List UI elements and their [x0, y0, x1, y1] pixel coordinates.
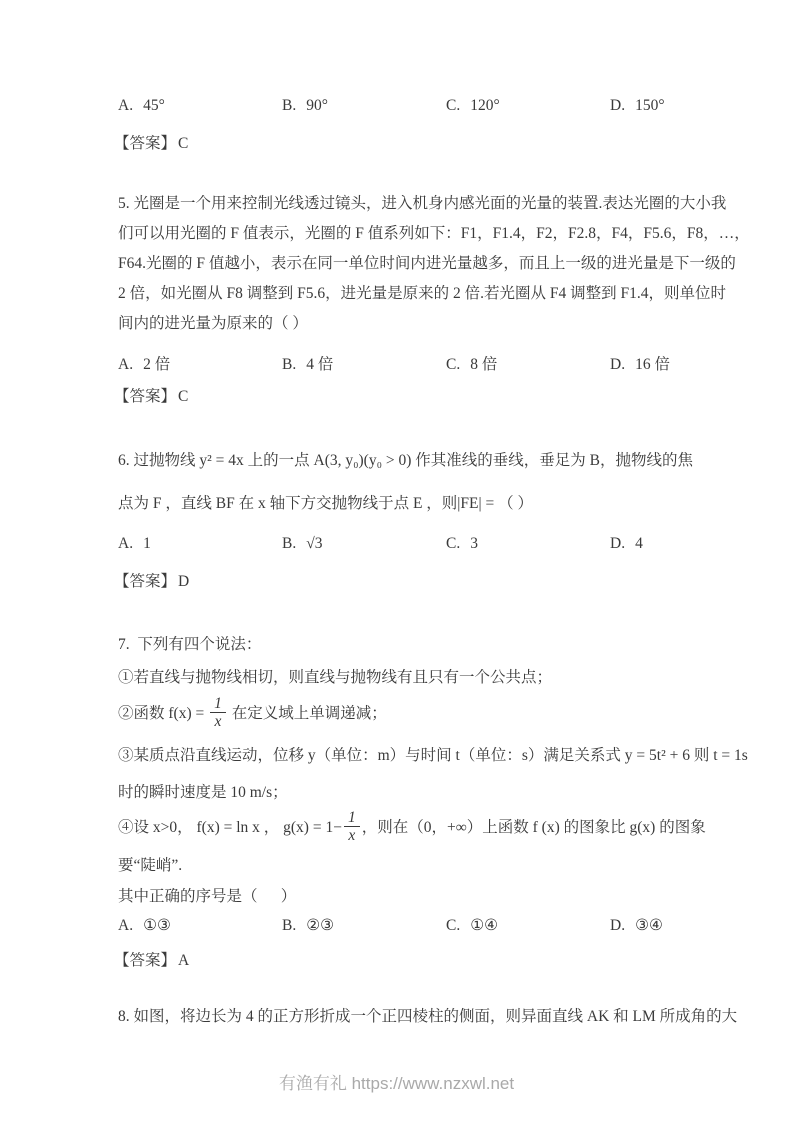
q7-item2-post: 在定义域上单调递减；: [228, 701, 387, 723]
q7-item1: ①若直线与抛物线相切，则直线与抛物线有且只有一个公共点；: [118, 667, 693, 689]
option-text: 16 倍: [635, 356, 670, 373]
q6-option-a: A.1: [118, 535, 151, 553]
q5-line: F64.光圈的 F 值越小，表示在同一单位时间内进光量越多，而且上一级的进光量是…: [118, 249, 693, 279]
option-text: √3: [306, 535, 322, 552]
answer-value: A: [178, 952, 189, 969]
q7-option-c: C.①④: [446, 916, 498, 935]
fraction: 1x: [344, 809, 360, 844]
option-label: D.: [610, 535, 625, 552]
q4-option-d: D.150°: [610, 97, 665, 115]
q7-option-a: A.①③: [118, 916, 171, 935]
answer-value: C: [178, 135, 188, 152]
fraction-denominator: x: [210, 713, 226, 730]
q7-item4: ④设 x>0， f(x) = ln x ， g(x) = 1−1x，则在（0，+…: [118, 806, 713, 846]
q8-line: 8. 如图，将边长为 4 的正方形折成一个正四棱柱的侧面，则异面直线 AK 和 …: [118, 1006, 693, 1028]
option-text: 8 倍: [470, 356, 497, 373]
option-text: 4 倍: [306, 356, 333, 373]
answer-prefix: 【答案】: [114, 135, 176, 152]
q7-option-b: B.②③: [282, 916, 334, 935]
option-label: D.: [610, 356, 625, 373]
q5-option-c: C.8 倍: [446, 352, 497, 374]
watermark-footer: 有渔有礼 https://www.nzxwl.net: [0, 1069, 793, 1094]
option-text: 1: [143, 535, 151, 552]
answer-prefix: 【答案】: [114, 952, 176, 969]
q5-option-d: D.16 倍: [610, 352, 670, 374]
answer-prefix: 【答案】: [114, 573, 176, 590]
fraction-denominator: x: [344, 827, 360, 844]
q7-item3-line1: ③某质点沿直线运动，位移 y（单位：m）与时间 t（单位：s）满足关系式 y =…: [118, 745, 693, 767]
q7-title: 7. 下列有四个说法：: [118, 634, 693, 656]
q5-line: 5. 光圈是一个用来控制光线透过镜头，进入机身内感光面的光量的装置.表达光圈的大…: [118, 189, 693, 219]
option-label: B.: [282, 535, 296, 552]
option-label: B.: [282, 917, 296, 934]
option-label: A.: [118, 356, 133, 373]
option-label: C.: [446, 917, 460, 934]
option-text: ①③: [143, 917, 171, 934]
option-label: A.: [118, 535, 133, 552]
option-label: B.: [282, 356, 296, 373]
q7-question: 其中正确的序号是（ ）: [118, 886, 693, 908]
fraction-numerator: 1: [344, 809, 360, 827]
option-text: 3: [470, 535, 478, 552]
q6-options-row: A.1 B.√3 C.3 D.4: [0, 535, 793, 557]
option-label: D.: [610, 917, 625, 934]
q5-option-a: A.2 倍: [118, 352, 170, 374]
option-text: 45°: [143, 97, 165, 114]
option-text: 120°: [470, 97, 499, 114]
option-label: A.: [118, 97, 133, 114]
option-text: 150°: [635, 97, 664, 114]
q7-option-d: D.③④: [610, 916, 663, 935]
q6-answer: 【答案】D: [114, 569, 189, 591]
q7-item3-line2: 时的瞬时速度是 10 m/s；: [118, 782, 693, 804]
q5-options-row: A.2 倍 B.4 倍 C.8 倍 D.16 倍: [0, 352, 793, 374]
option-text: ②③: [306, 917, 334, 934]
exam-page: A.45° B.90° C.120° D.150° 【答案】C 5. 光圈是一个…: [0, 0, 793, 1122]
option-label: C.: [446, 535, 460, 552]
q4-option-b: B.90°: [282, 97, 328, 115]
option-label: C.: [446, 356, 460, 373]
q5-line: 2 倍，如光圈从 F8 调整到 F5.6，进光量是原来的 2 倍.若光圈从 F4…: [118, 279, 693, 309]
q5-answer: 【答案】C: [114, 384, 188, 406]
q6-option-d: D.4: [610, 535, 643, 553]
fraction-numerator: 1: [210, 695, 226, 713]
q5-line: 们可以用光圈的 F 值表示，光圈的 F 值系列如下：F1，F1.4，F2，F2.…: [118, 219, 693, 249]
option-label: B.: [282, 97, 296, 114]
option-text: ③④: [635, 917, 663, 934]
q5-line: 间内的进光量为原来的（ ）: [118, 309, 693, 339]
option-text: 2 倍: [143, 356, 170, 373]
q4-options-row: A.45° B.90° C.120° D.150°: [0, 97, 793, 119]
option-text: ①④: [470, 917, 498, 934]
fraction: 1x: [210, 695, 226, 730]
answer-value: D: [178, 573, 189, 590]
answer-prefix: 【答案】: [114, 388, 176, 405]
option-label: C.: [446, 97, 460, 114]
option-label: D.: [610, 97, 625, 114]
q7-item4-line2: 要“陡峭”.: [118, 855, 693, 877]
q6-line: 6. 过抛物线 y² = 4x 上的一点 A(3, y₀)(y₀ > 0) 作其…: [118, 450, 693, 472]
q6-option-b: B.√3: [282, 535, 322, 553]
option-label: A.: [118, 917, 133, 934]
q6-line: 点为 F ，直线 BF 在 x 轴下方交抛物线于点 E ，则|FE| = （ ）: [118, 493, 693, 515]
q7-answer: 【答案】A: [114, 948, 189, 970]
q7-item4-pre: ④设 x>0， f(x) = ln x ， g(x) = 1−: [118, 815, 342, 837]
q7-options-row: A.①③ B.②③ C.①④ D.③④: [0, 916, 793, 938]
answer-value: C: [178, 388, 188, 405]
q4-option-a: A.45°: [118, 97, 165, 115]
q4-answer: 【答案】C: [114, 131, 188, 153]
q7-item2-pre: ②函数 f(x) =: [118, 701, 208, 723]
q6-option-c: C.3: [446, 535, 478, 553]
q5-option-b: B.4 倍: [282, 352, 333, 374]
q7-item2: ②函数 f(x) = 1x 在定义域上单调递减；: [118, 692, 713, 732]
q4-option-c: C.120°: [446, 97, 500, 115]
option-text: 4: [635, 535, 643, 552]
option-text: 90°: [306, 97, 328, 114]
q7-item4-post: ，则在（0，+∞）上函数 f (x) 的图象比 g(x) 的图象: [362, 815, 706, 837]
q5-stem: 5. 光圈是一个用来控制光线透过镜头，进入机身内感光面的光量的装置.表达光圈的大…: [118, 189, 693, 339]
